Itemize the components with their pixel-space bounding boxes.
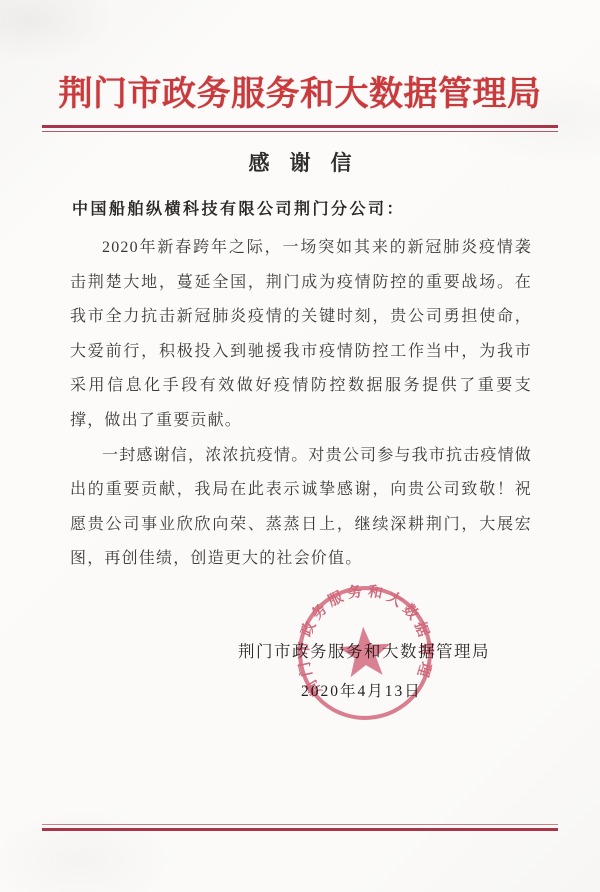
letterhead-title: 荆门市政务服务和大数据管理局 <box>0 66 600 115</box>
divider-thick-line <box>42 125 558 128</box>
footer-thin-line <box>42 824 558 825</box>
star-icon <box>337 625 392 678</box>
footer-thick-line <box>42 828 558 831</box>
paragraph-1: 2020年新春跨年之际，一场突如其来的新冠肺炎疫情袭击荆楚大地，蔓延全国，荆门成… <box>70 231 532 439</box>
footer-divider <box>42 824 558 831</box>
divider-thin-line <box>42 131 558 132</box>
seal-graphic: 荆门市政务服务和大数据管理局 <box>289 577 441 729</box>
letterhead-divider <box>42 125 558 132</box>
official-seal-stamp: 荆门市政务服务和大数据管理局 <box>289 577 441 729</box>
letter-body: 2020年新春跨年之际，一场突如其来的新冠肺炎疫情袭击荆楚大地，蔓延全国，荆门成… <box>70 231 532 577</box>
salutation: 中国船舶纵横科技有限公司荆门分公司： <box>72 196 405 219</box>
scanned-letter-page: 荆门市政务服务和大数据管理局 感谢信 中国船舶纵横科技有限公司荆门分公司： 20… <box>0 0 600 892</box>
paragraph-2: 一封感谢信，浓浓抗疫情。对贵公司参与我市抗击疫情做出的重要贡献，我局在此表示诚挚… <box>70 439 532 577</box>
letter-title: 感谢信 <box>0 147 600 177</box>
